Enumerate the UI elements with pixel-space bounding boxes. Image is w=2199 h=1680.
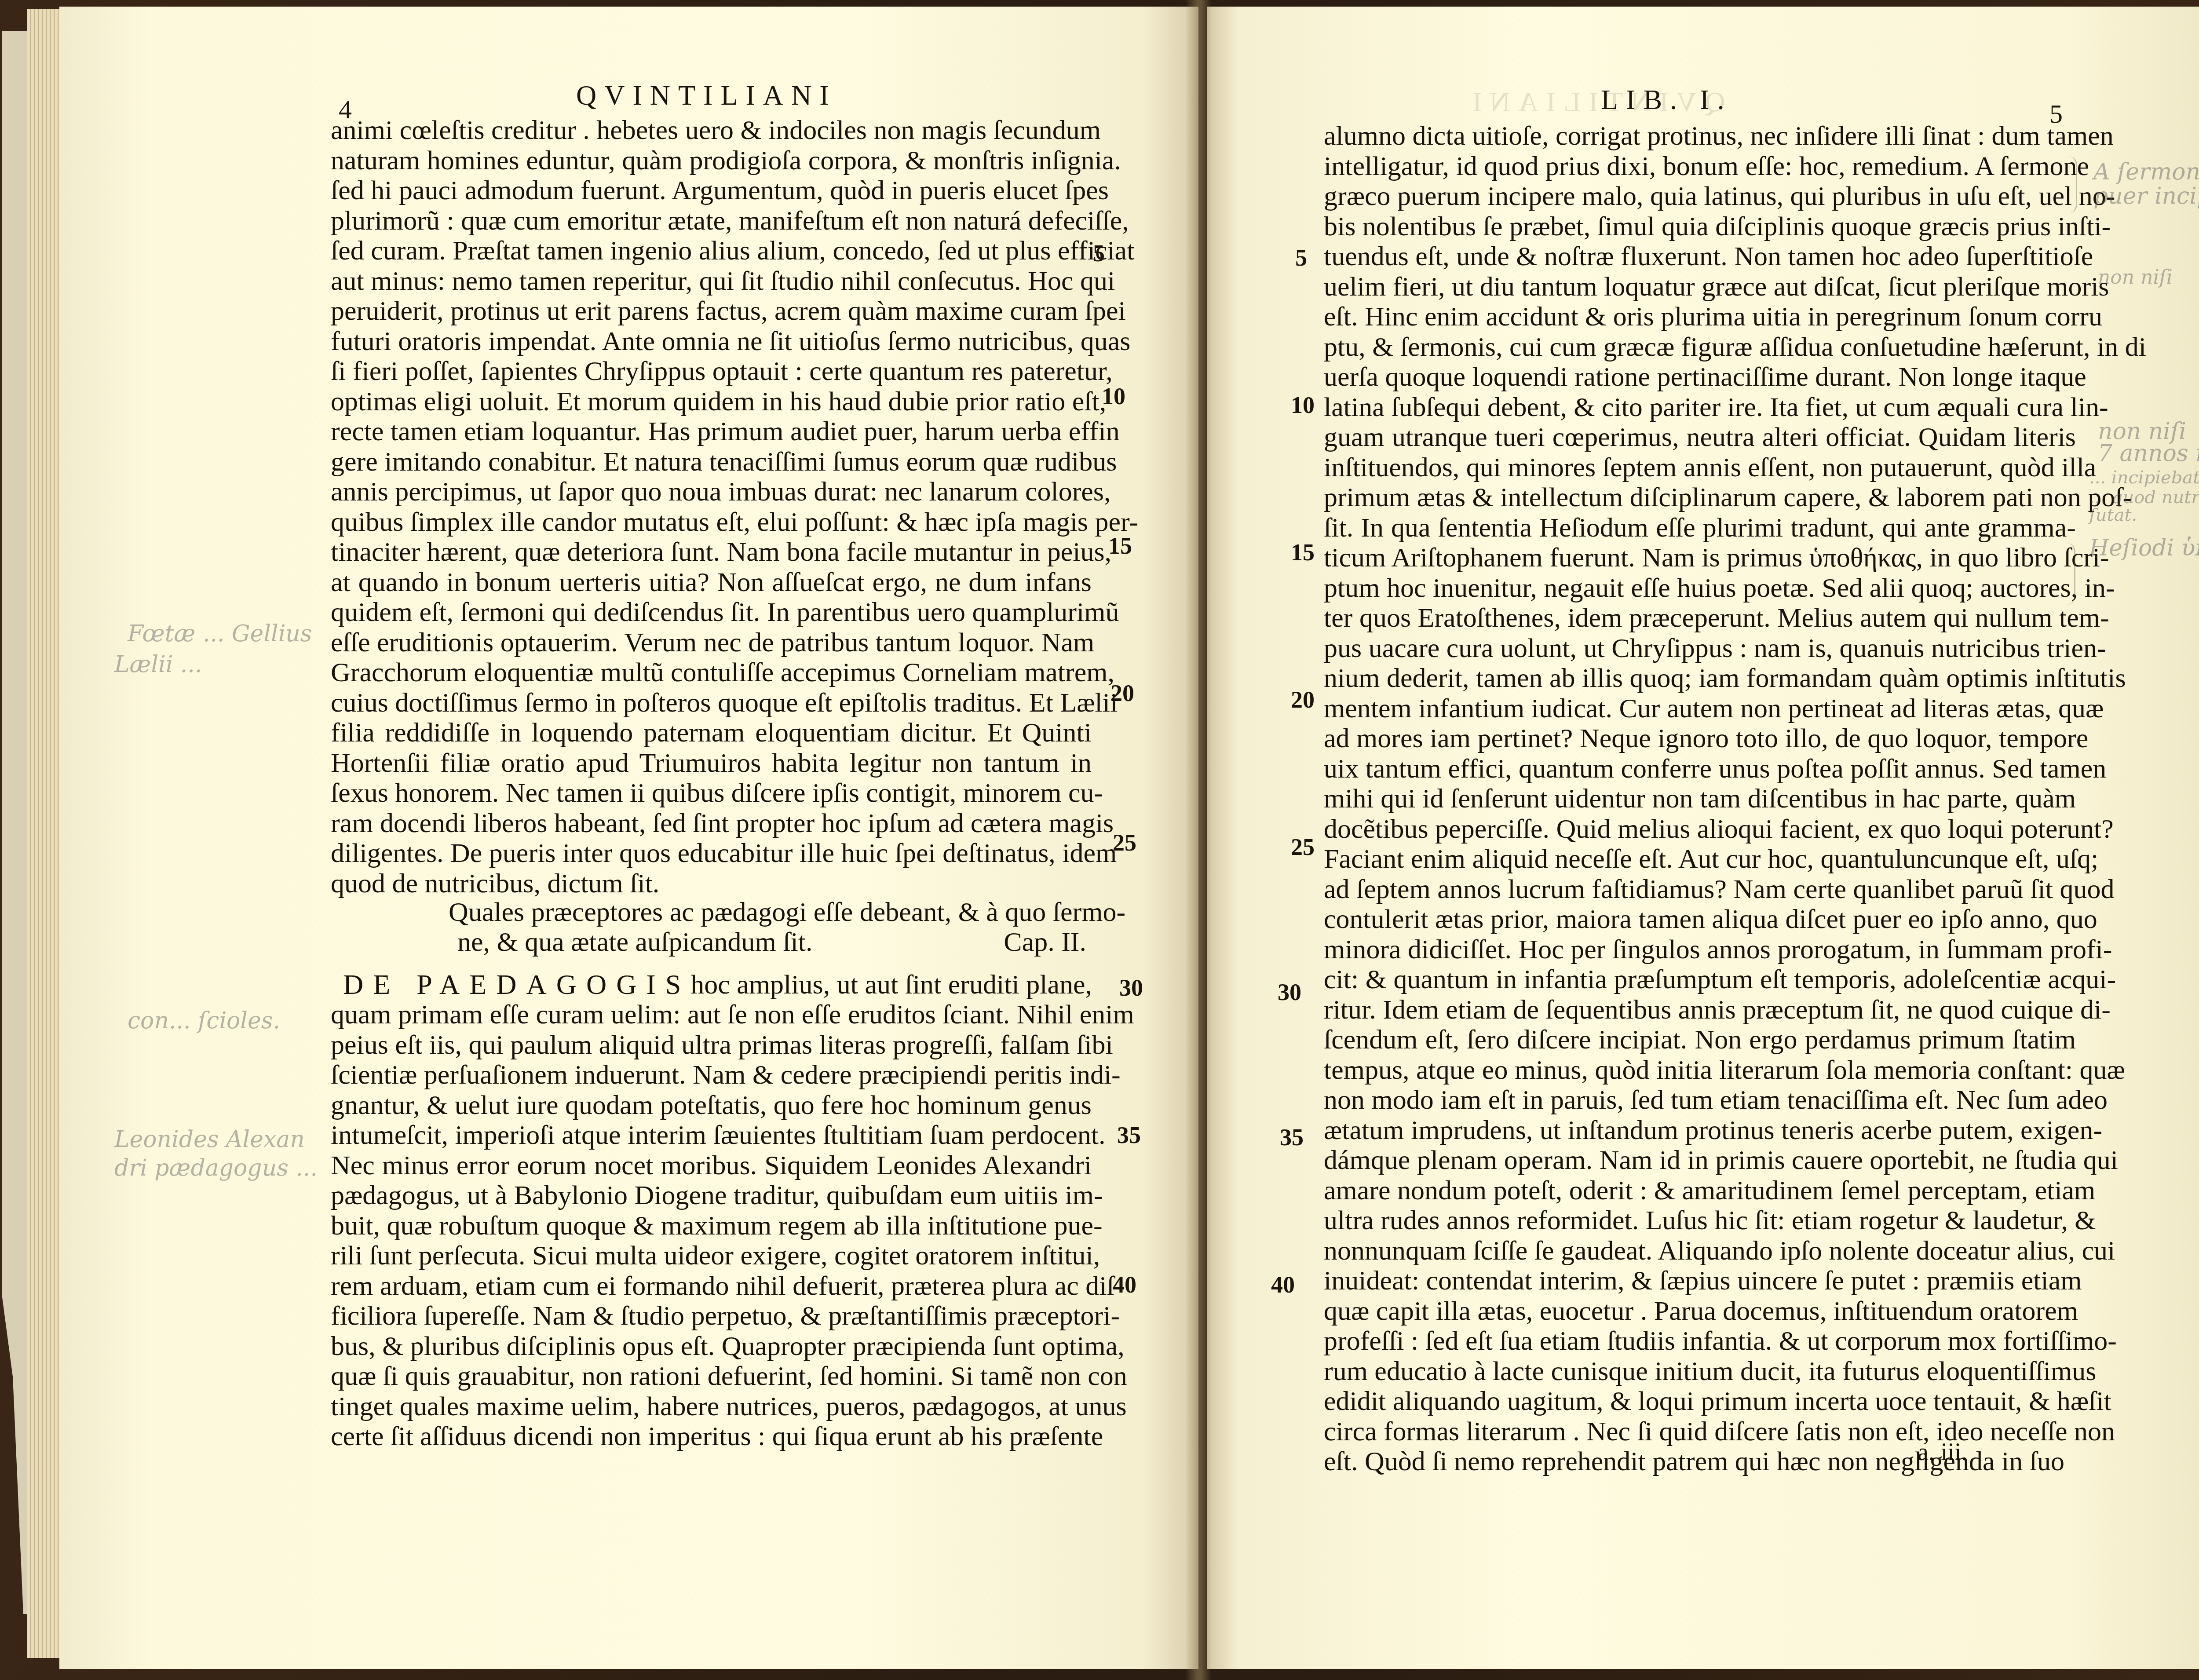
- text-line: quæ ſi quis grauabitur, non rationi defu…: [331, 1361, 1092, 1391]
- text-line: certe ſit aſſiduus dicendi non imperitus…: [331, 1421, 1092, 1452]
- text-line: nium dederit, tamen ab illis quoq; iam f…: [1324, 663, 2076, 694]
- book-gutter: [1185, 0, 1212, 1680]
- margin-annotation: Leonides Alexan: [114, 1126, 305, 1153]
- text-line: inſtituendos, qui minores ſeptem annis e…: [1324, 453, 2076, 483]
- text-line: Gracchorum eloquentiæ multũ contuliſſe a…: [331, 657, 1092, 688]
- text-line: græco puerum incipere malo, quia latinus…: [1324, 181, 2076, 212]
- text-line: docẽtibus peperciſſe. Quid melius alioqu…: [1324, 814, 2076, 844]
- right-running-head: LIB. I.: [1601, 84, 1732, 116]
- line-number: 5: [1295, 244, 1307, 271]
- text-line: primum ætas & intellectum diſciplinarum …: [1324, 482, 2076, 513]
- text-line: aut minus: nemo tamen reperitur, qui ſit…: [331, 266, 1092, 296]
- text-line: ultra rudes annos reformidet. Luſus hic …: [1324, 1205, 2076, 1236]
- line-number: 25: [1113, 829, 1136, 856]
- text-line: uix tantum effici, quantum conferre unus…: [1324, 754, 2076, 784]
- chapter-heading-line-2: ne, & qua ætate auſpicandum ſit. Cap. II…: [449, 927, 1086, 957]
- line-number: 35: [1280, 1124, 1304, 1151]
- text-line: pus uacare cura uolunt, ut Chryſippus : …: [1324, 633, 2076, 664]
- text-line: ætatum imprudens, ut inſtandum protinus …: [1324, 1115, 2076, 1146]
- text-line: tempus, atque eo minus, quòd initia lite…: [1324, 1055, 2076, 1085]
- text-line: annis percipimus, ut ſapor quo noua imbu…: [331, 477, 1092, 507]
- text-line: ad ſeptem annos lucrum faſtidiamus? Nam …: [1324, 874, 2076, 905]
- text-line: amare nondum poteſt, oderit : & amaritud…: [1324, 1176, 2076, 1206]
- text-line: Faciant enim aliquid neceſſe eſt. Aut cu…: [1324, 844, 2076, 874]
- text-line: quidem eſt, ſermoni qui dediſcendus ſit.…: [331, 597, 1092, 628]
- text-line: dámque plenam operam. Nam id in primis c…: [1324, 1145, 2076, 1176]
- line-number: 20: [1110, 679, 1134, 707]
- text-line: alumno dicta uitioſe, corrigat protinus,…: [1324, 121, 2076, 151]
- text-line: naturam homines eduntur, quàm prodigioſa…: [331, 146, 1092, 176]
- text-line: quam primam eſſe curam uelim: aut ſe non…: [331, 1000, 1092, 1030]
- text-line: uelim fieri, ut diu tantum loquatur græc…: [1324, 272, 2076, 302]
- margin-bracket: [2067, 543, 2075, 605]
- text-line: tinaciter hærent, quæ deteriora ſunt. Na…: [331, 537, 1092, 567]
- text-line: quibus ſimplex ille candor mutatus eſt, …: [331, 507, 1092, 537]
- text-line: minora didiciſſet. Hoc per ſingulos anno…: [1324, 935, 2076, 965]
- text-line: Hortenſii filiæ oratio apud Triumuiros h…: [331, 748, 1092, 778]
- text-line: tinget quales maxime uelim, habere nutri…: [331, 1391, 1092, 1422]
- text-line: at quando in bonum uerteris uitia? Non a…: [331, 567, 1092, 598]
- text-line: quod de nutricibus, dictum ſit.: [331, 869, 1092, 899]
- text-line: tuendus eſt, unde & noſtræ fluxerunt. No…: [1324, 241, 2076, 272]
- line-number: 30: [1119, 974, 1143, 1001]
- text-line: intelligatur, id quod prius dixi, bonum …: [1324, 151, 2076, 182]
- text-line: ſcendum eſt, ſero diſcere incipiat. Non …: [1324, 1025, 2076, 1055]
- text-line: ſcientiæ perſuaſionem induerunt. Nam & c…: [331, 1060, 1092, 1090]
- text-line: plurimorũ : quæ cum emoritur ætate, mani…: [331, 206, 1092, 236]
- text-line: filia reddidiſſe in loquendo paternam el…: [331, 718, 1092, 748]
- margin-annotation: ſutat.: [2089, 501, 2137, 529]
- line-number: 40: [1113, 1271, 1136, 1298]
- text-line: rum educatio à lacte cunisque initium du…: [1324, 1356, 2076, 1387]
- text-line: rili ſunt perſecuta. Sicui multa uideor …: [331, 1241, 1092, 1271]
- text-line: inuideat: contendat interim, & ſæpius ui…: [1324, 1266, 2076, 1296]
- text-line: ſed hi pauci admodum fuerunt. Argumentum…: [331, 175, 1092, 206]
- text-line: ticum Ariſtophanem fuerunt. Nam is primu…: [1324, 543, 2076, 573]
- margin-annotation: con... ſcioles.: [128, 1007, 280, 1034]
- line-number: 20: [1291, 686, 1315, 713]
- text-line: Nec minus error eorum nocet moribus. Siq…: [331, 1150, 1092, 1181]
- right-page-body-text: alumno dicta uitioſe, corrigat protinus,…: [1324, 121, 2076, 1477]
- text-line: optimas eligi uoluit. Et morum quidem in…: [331, 387, 1092, 417]
- left-page-body-text: animi cœleſtis creditur . hebetes uero &…: [331, 115, 1092, 898]
- line-number: 40: [1271, 1271, 1295, 1298]
- line-number: 35: [1117, 1121, 1141, 1149]
- chapter-heading-line-1: Quales præceptores ac pædagogi eſſe debe…: [449, 897, 1086, 927]
- text-line: rem arduam, etiam cum ei formando nihil …: [331, 1271, 1092, 1301]
- margin-annotation: dri pædagogus ...: [114, 1154, 318, 1182]
- text-line: bus, & pluribus diſciplinis opus eſt. Qu…: [331, 1331, 1092, 1362]
- margin-annotation: A ſermone Græco: [2093, 158, 2199, 186]
- text-line: mentem infantium iudicat. Cur autem non …: [1324, 694, 2076, 724]
- text-line: ram docendi liberos habeant, ſed ſint pr…: [331, 808, 1092, 839]
- signature-mark: a. iii.: [1918, 1438, 1968, 1466]
- text-line: uerſa quoque loquendi ratione pertinaciſ…: [1324, 362, 2076, 392]
- text-line: contulerit ætas prior, maiora tamen aliq…: [1324, 904, 2076, 935]
- text-line: gnantur, & uelut iure quodam poteſtatis,…: [331, 1090, 1092, 1121]
- line-number: 15: [1291, 539, 1315, 566]
- text-line: pædagogus, ut à Babylonio Diogene tradit…: [331, 1180, 1092, 1211]
- text-line: buit, quæ robuſtum quoque & maximum rege…: [331, 1211, 1092, 1241]
- text-line: futuri oratoris impendat. Ante omnia ne …: [331, 326, 1092, 357]
- line-number: 30: [1278, 979, 1301, 1006]
- text-line: peius eſt iis, qui paulum aliquid ultra …: [331, 1030, 1092, 1060]
- text-line: nonnunquam ſciſſe ſe gaudeat. Aliquando …: [1324, 1236, 2076, 1266]
- text-line: cit: & quantum in infantia præſumptum eſ…: [1324, 964, 2076, 995]
- text-line: bis nolentibus ſe præbet, ſimul quia diſ…: [1324, 212, 2076, 242]
- text-line: ad mores iam pertinet? Neque ignoro toto…: [1324, 723, 2076, 754]
- line-number: 10: [1291, 391, 1315, 419]
- text-line: ſexus honorem. Nec tamen ii quibus diſce…: [331, 778, 1092, 808]
- text-line: ficiliora ſupereſſe. Nam & ſtudio perpet…: [331, 1301, 1092, 1331]
- chapter-heading: Quales præceptores ac pædagogi eſſe debe…: [449, 897, 1086, 957]
- text-line: cuius doctiſſimus ſermo in poſteros quoq…: [331, 688, 1092, 718]
- text-line: profeſſi : ſed eſt ſua etiam ſtudiis inf…: [1324, 1326, 2076, 1356]
- text-line: ptu, & ſermonis, cui cum græcæ figuræ aſ…: [1324, 332, 2076, 362]
- line-number: 10: [1102, 383, 1125, 410]
- chapter-opening-rest: hoc amplius, ut aut ſint eruditi plane,: [690, 970, 1092, 1000]
- text-line: diligentes. De pueris inter quos educabi…: [331, 838, 1092, 869]
- text-line: mihi qui id ſenſerunt uidentur non tam d…: [1324, 784, 2076, 814]
- chapter-heading-line-2-text: ne, & qua ætate auſpicandum ſit.: [457, 927, 813, 957]
- chapter-number: Cap. II.: [1004, 927, 1086, 957]
- margin-annotation: Heſiodi ὑποθῆκαι: [2089, 534, 2199, 562]
- text-line: ſed curam. Præſtat tamen ingenio alius a…: [331, 236, 1092, 266]
- text-line: ter quos Eratoſthenes, idem præceperunt.…: [1324, 603, 2076, 633]
- text-line: peruiderit, protinus ut erit parens fact…: [331, 296, 1092, 326]
- text-line: edidit aliquando uagitum, & loqui primum…: [1324, 1386, 2076, 1417]
- left-running-head: QVINTILIANI: [576, 79, 837, 112]
- line-number: 15: [1108, 532, 1132, 559]
- text-line: latina ſubſequi debent, & cito pariter i…: [1324, 392, 2076, 423]
- left-page-chapter-text: quam primam eſſe curam uelim: aut ſe non…: [331, 1000, 1092, 1452]
- text-line: quæ capit illa ætas, euocetur . Parua do…: [1324, 1296, 2076, 1326]
- margin-bracket: [2067, 156, 2077, 213]
- text-line: intumeſcit, imperioſi atque interim ſæui…: [331, 1120, 1092, 1150]
- chapter-opening-caps: DE PAEDAGOGIS: [343, 970, 690, 1000]
- text-line: ritur. Idem etiam de ſequentibus annis p…: [1324, 995, 2076, 1025]
- text-line: eſt. Hinc enim accidunt & oris plurima u…: [1324, 302, 2076, 332]
- margin-annotation: Fœtæ ... Gellius: [128, 620, 312, 647]
- text-line: animi cœleſtis creditur . hebetes uero &…: [331, 115, 1092, 146]
- margin-annotation: Lælii ...: [114, 651, 202, 678]
- margin-annotation: 7 annos natus: [2098, 440, 2199, 467]
- text-line: guam utranque tueri cœperimus, neutra al…: [1324, 422, 2076, 453]
- line-number: 25: [1291, 833, 1315, 861]
- text-line: non modo iam eſt in paruis, ſed tum etia…: [1324, 1085, 2076, 1115]
- text-line: ſi fieri poſſet, ſapientes Chryſippus op…: [331, 356, 1092, 387]
- margin-annotation: puer incipiat.: [2093, 183, 2199, 210]
- margin-annotation: non niſi: [2098, 264, 2173, 291]
- chapter-opening-line: DE PAEDAGOGIS hoc amplius, ut aut ſint e…: [343, 970, 1091, 1000]
- text-line: eſſe eruditionis optauerim. Verum nec de…: [331, 628, 1092, 658]
- text-line: ſit. In qua ſententia Heſiodum eſſe plur…: [1324, 513, 2076, 543]
- text-line: recte tamen etiam loquantur. Has primum …: [331, 416, 1092, 447]
- text-line: DE PAEDAGOGIS hoc amplius, ut aut ſint e…: [343, 970, 1091, 1000]
- line-number: 5: [1093, 240, 1105, 267]
- text-line: ptum hoc inuenitur, negauit eſſe huius p…: [1324, 573, 2076, 603]
- text-line: gere imitando conabitur. Et natura tenac…: [331, 447, 1092, 477]
